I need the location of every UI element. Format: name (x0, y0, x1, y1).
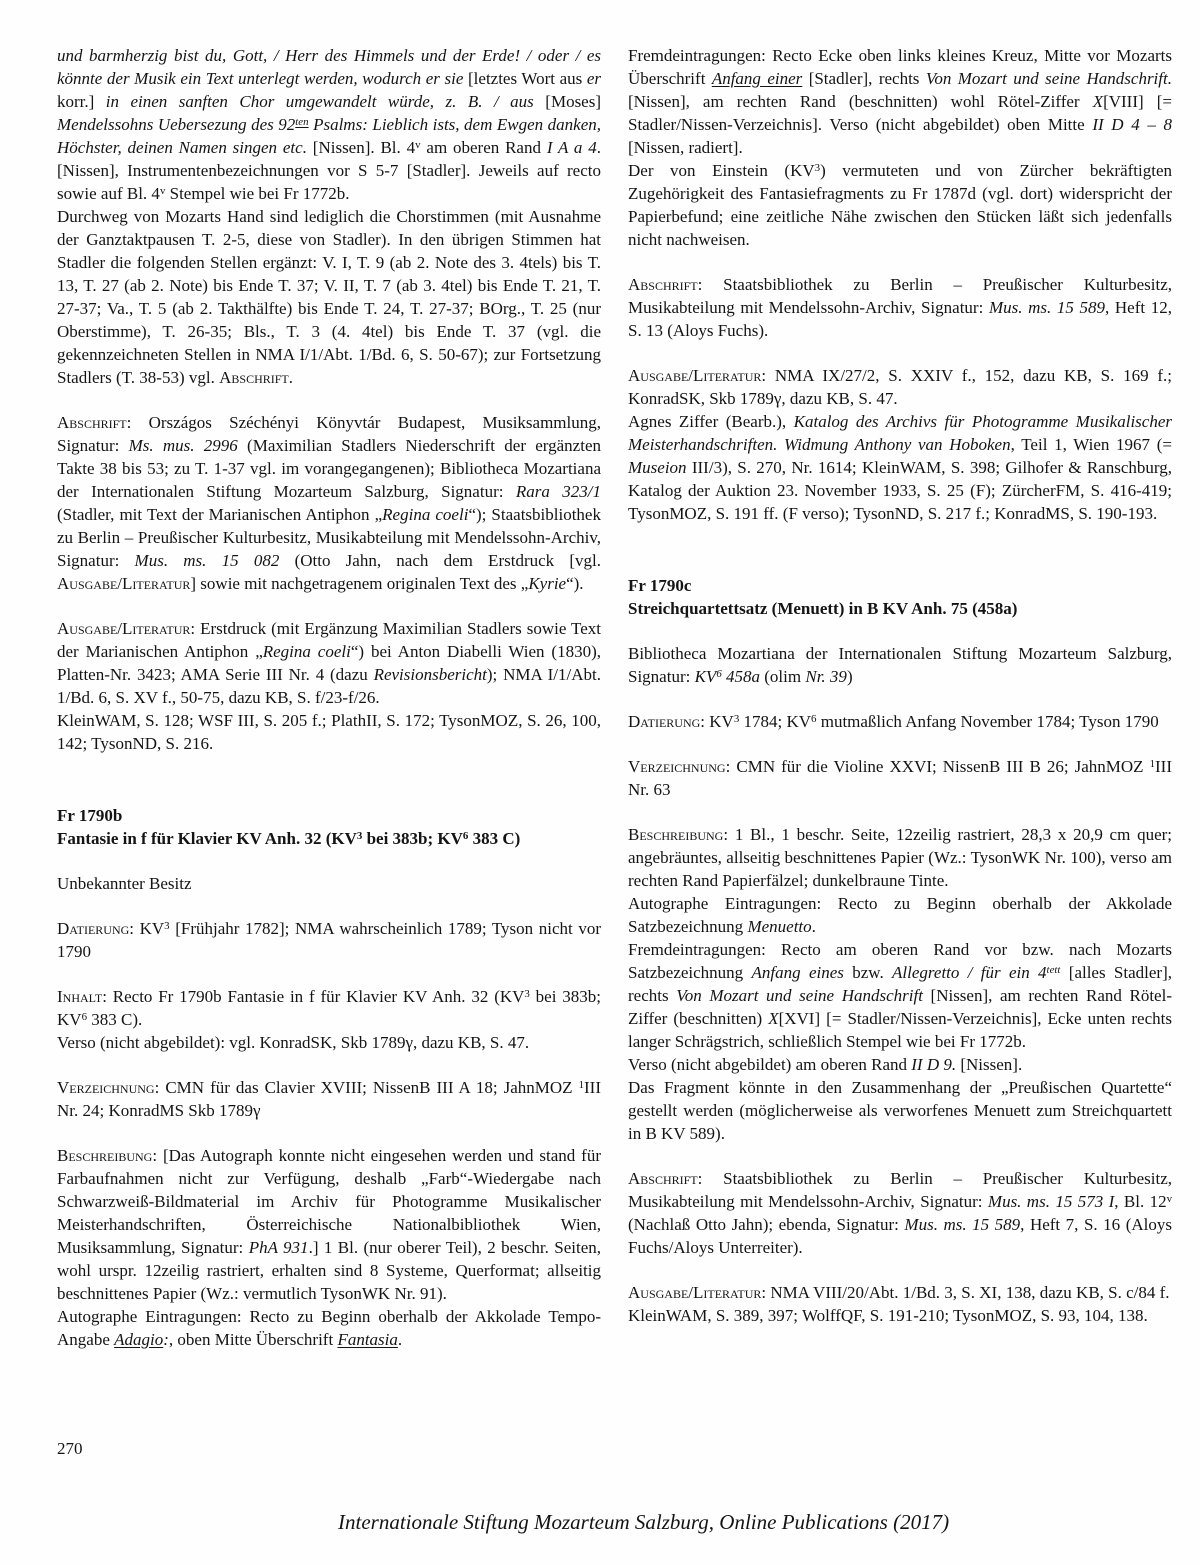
text-run: X (1093, 92, 1103, 111)
text-run: 383 C) (468, 829, 520, 848)
text-run: Inhalt (57, 987, 102, 1006)
text-run: Abschrift (628, 275, 698, 294)
text-run: Regina coeli (382, 505, 468, 524)
text-run: Ms. mus. 2996 (129, 436, 238, 455)
text-run: , Teil 1, Wien 1967 (= (1011, 435, 1172, 454)
text-run: Menuetto (747, 917, 811, 936)
text-run: . (812, 917, 816, 936)
text-run: Fr 1790b (57, 806, 122, 825)
text-run: X (768, 1009, 778, 1028)
text-run: Streichquartettsatz (Menuett) in B KV An… (628, 599, 1017, 618)
text-run: Verzeichnung (57, 1078, 155, 1097)
paragraph: Das Fragment könnte in den Zusammenhang … (628, 1076, 1172, 1145)
text-run: 1784; KV (739, 712, 811, 731)
section-heading: Fr 1790b (57, 804, 601, 827)
text-run: Verso (nicht abgebildet) am oberen Rand (628, 1055, 911, 1074)
section-heading: Fr 1790c (628, 574, 1172, 597)
text-run: Regina coeli (263, 642, 351, 661)
paragraph: Fremdeintragungen: Recto Ecke oben links… (628, 44, 1172, 159)
text-run: PhA 931 (249, 1238, 309, 1257)
text-run: [Moses] (534, 92, 601, 111)
text-run: Fantasia (337, 1330, 397, 1349)
text-run: Allegretto / für ein 4 (892, 963, 1047, 982)
text-run: 3 (734, 713, 739, 725)
text-run: Adagio (114, 1330, 163, 1349)
paragraph: Abschrift: Staatsbibliothek zu Berlin – … (628, 273, 1172, 342)
paragraph: Durchweg von Mozarts Hand sind lediglich… (57, 205, 601, 389)
page-number: 270 (57, 1437, 83, 1460)
text-run: v (1167, 1193, 1172, 1205)
text-run: , Bl. 12 (1114, 1192, 1166, 1211)
text-run: Ausgabe/Literatur (57, 574, 190, 593)
text-run: 458a (722, 667, 760, 686)
text-run: : KV (129, 919, 164, 938)
text-run: Ausgabe/Literatur (57, 619, 190, 638)
text-run: Mus. ms. 15 589 (904, 1215, 1020, 1234)
text-run: Abschrift (57, 413, 127, 432)
text-run: [Nissen]. Bl. 4 (307, 138, 415, 157)
text-run: Das Fragment könnte in den Zusammenhang … (628, 1078, 1172, 1143)
text-run: II D 4 – 8 (1092, 115, 1172, 134)
text-run: [Stadler], rechts (802, 69, 926, 88)
text-run: Museion (628, 458, 687, 477)
text-run: v (160, 185, 165, 197)
text-run: in einen sanften Chor umgewandelt würde,… (106, 92, 534, 111)
text-run: 6 (463, 830, 468, 842)
text-run: II D 9. (911, 1055, 956, 1074)
paragraph: Agnes Ziffer (Bearb.), Katalog des Archi… (628, 410, 1172, 525)
text-run: Anfang eines (752, 963, 844, 982)
text-run: : CMN für das Clavier XVIII; NissenB III… (155, 1078, 579, 1097)
text-run: Ausgabe/Literatur (628, 366, 761, 385)
text-run: [Nissen]. (956, 1055, 1022, 1074)
text-run: Datierung (57, 919, 129, 938)
text-run: Fr 1790c (628, 576, 691, 595)
paragraph: Fremdeintragungen: Recto am oberen Rand … (628, 938, 1172, 1053)
text-run: Durchweg von Mozarts Hand sind lediglich… (57, 207, 601, 387)
text-run: KleinWAM, S. 128; WSF III, S. 205 f.; Pl… (57, 711, 601, 753)
text-run: (Nachlaß Otto Jahn); ebenda, Signatur: (628, 1215, 904, 1234)
catalog-page: { "footer": { "page_number": "270", "imp… (0, 0, 1200, 1564)
text-run: 3 (524, 988, 529, 1000)
text-run: er (587, 69, 601, 88)
text-run: (olim (760, 667, 805, 686)
text-run: Von Mozart und seine Handschrift. (926, 69, 1172, 88)
imprint-footer: Internationale Stiftung Mozarteum Salzbu… (338, 1509, 949, 1535)
text-run: Rara 323/1 (516, 482, 601, 501)
text-run: Autographe Eintragungen: Recto zu Beginn… (628, 894, 1172, 936)
text-run: Mus. ms. 15 573 I (988, 1192, 1114, 1211)
section-heading: Fantasie in f für Klavier KV Anh. 32 (KV… (57, 827, 601, 850)
paragraph: Beschreibung: 1 Bl., 1 beschr. Seite, 12… (628, 823, 1172, 892)
text-run: 3 (164, 920, 169, 932)
text-run: 3 (357, 830, 362, 842)
paragraph: Datierung: KV3 1784; KV6 mutmaßlich Anfa… (628, 710, 1172, 733)
paragraph: Abschrift: Országos Széchényi Könyvtár B… (57, 411, 601, 595)
text-run: [Nissen], am rechten Rand (beschnitten) … (628, 92, 1093, 111)
text-run: bei 383b; KV (362, 829, 463, 848)
text-run: . (289, 368, 293, 387)
paragraph: Verzeichnung: CMN für die Violine XXVI; … (628, 755, 1172, 801)
text-run: : CMN für die Violine XXVI; NissenB III … (726, 757, 1150, 776)
text-run: v (415, 139, 420, 151)
text-run: bzw. (844, 963, 892, 982)
paragraph: Ausgabe/Literatur: NMA IX/27/2, S. XXIV … (628, 364, 1172, 410)
text-run: 6 (811, 713, 816, 725)
text-run: Revisionsbericht (374, 665, 487, 684)
text-run: 3 (815, 162, 820, 174)
text-run: 6 (82, 1011, 87, 1023)
text-run: Mus. ms. 15 082 (135, 551, 280, 570)
text-run: Abschrift (219, 368, 289, 387)
text-run: korr.] (57, 92, 106, 111)
paragraph: KleinWAM, S. 128; WSF III, S. 205 f.; Pl… (57, 709, 601, 755)
paragraph: Autographe Eintragungen: Recto zu Beginn… (628, 892, 1172, 938)
paragraph: Der von Einstein (KV3) vermuteten und vo… (628, 159, 1172, 251)
section-heading: Streichquartettsatz (Menuett) in B KV An… (628, 597, 1172, 620)
text-run: (Stadler, mit Text der Marianischen Anti… (57, 505, 382, 524)
paragraph: Inhalt: Recto Fr 1790b Fantasie in f für… (57, 985, 601, 1031)
paragraph: Verso (nicht abgebildet) am oberen Rand … (628, 1053, 1172, 1076)
text-run: KV (695, 667, 717, 686)
paragraph: Beschreibung: [Das Autograph konnte nich… (57, 1144, 601, 1305)
text-run: Fantasie in f für Klavier KV Anh. 32 (KV (57, 829, 357, 848)
text-run: III/3), S. 270, Nr. 1614; KleinWAM, S. 3… (628, 458, 1172, 523)
text-run: [Nissen, radiert]. (628, 138, 743, 157)
text-run: Von Mozart und seine Handschrift (676, 986, 923, 1005)
text-run: mutmaßlich Anfang November 1784; Tyson 1… (816, 712, 1158, 731)
paragraph: Ausgabe/Literatur: Erstdruck (mit Ergänz… (57, 617, 601, 709)
text-run: Datierung (628, 712, 700, 731)
paragraph: Unbekannter Besitz (57, 872, 601, 895)
paragraph: und barmherzig bist du, Gott, / Herr des… (57, 44, 601, 205)
text-run: Nr. 39 (805, 667, 847, 686)
text-run: Beschreibung (57, 1146, 152, 1165)
left-column: und barmherzig bist du, Gott, / Herr des… (57, 44, 601, 1351)
text-run: Mendelssohns Uebersezung des 92 (57, 115, 295, 134)
text-run: Verso (nicht abgebildet): vgl. KonradSK,… (57, 1033, 529, 1052)
text-run: Unbekannter Besitz (57, 874, 192, 893)
text-run: : NMA VIII/20/Abt. 1/Bd. 3, S. XI, 138, … (761, 1283, 1169, 1302)
text-run: Abschrift (628, 1169, 698, 1188)
text-run: Beschreibung (628, 825, 723, 844)
text-run: (Otto Jahn, nach dem Erstdruck [vgl. (279, 551, 601, 570)
text-run: . (398, 1330, 402, 1349)
text-run: ten (295, 116, 308, 128)
text-run: [letztes Wort aus (463, 69, 586, 88)
text-run: Mus. ms. 15 589 (989, 298, 1105, 317)
text-run: Anfang einer (712, 69, 802, 88)
right-column: Fremdeintragungen: Recto Ecke oben links… (628, 44, 1172, 1351)
text-run: KleinWAM, S. 389, 397; WolffQF, S. 191-2… (628, 1306, 1148, 1325)
text-run: ] sowie mit nachgetragenem originalen Te… (190, 574, 528, 593)
text-run: Ausgabe/Literatur (628, 1283, 761, 1302)
text-run: “). (566, 574, 583, 593)
paragraph: Autographe Eintragungen: Recto zu Beginn… (57, 1305, 601, 1351)
text-run: 383 C). (87, 1010, 142, 1029)
text-run: Verzeichnung (628, 757, 726, 776)
text-run: : KV (700, 712, 734, 731)
paragraph: Datierung: KV3 [Frühjahr 1782]; NMA wahr… (57, 917, 601, 963)
text-run: 1 (1150, 758, 1155, 770)
text-run: Kyrie (528, 574, 566, 593)
paragraph: Ausgabe/Literatur: NMA VIII/20/Abt. 1/Bd… (628, 1281, 1172, 1304)
text-run: I A a 4 (547, 138, 597, 157)
text-run: 1 (579, 1079, 584, 1091)
paragraph: Verso (nicht abgebildet): vgl. KonradSK,… (57, 1031, 601, 1054)
text-run: tett (1047, 964, 1061, 976)
paragraph: Bibliotheca Mozartiana der International… (628, 642, 1172, 688)
text-run: am oberen Rand (421, 138, 547, 157)
text-run: Der von Einstein (KV (628, 161, 815, 180)
page-body: und barmherzig bist du, Gott, / Herr des… (0, 0, 1200, 1351)
paragraph: KleinWAM, S. 389, 397; WolffQF, S. 191-2… (628, 1304, 1172, 1327)
text-run: , oben Mitte Überschrift (169, 1330, 338, 1349)
paragraph: Verzeichnung: CMN für das Clavier XVIII;… (57, 1076, 601, 1122)
text-run: ) (847, 667, 853, 686)
text-run: Stempel wie bei Fr 1772b. (165, 184, 349, 203)
text-run: : Recto Fr 1790b Fantasie in f für Klavi… (102, 987, 524, 1006)
text-run: 6 (716, 668, 721, 680)
text-run: Agnes Ziffer (Bearb.), (628, 412, 794, 431)
paragraph: Abschrift: Staatsbibliothek zu Berlin – … (628, 1167, 1172, 1259)
